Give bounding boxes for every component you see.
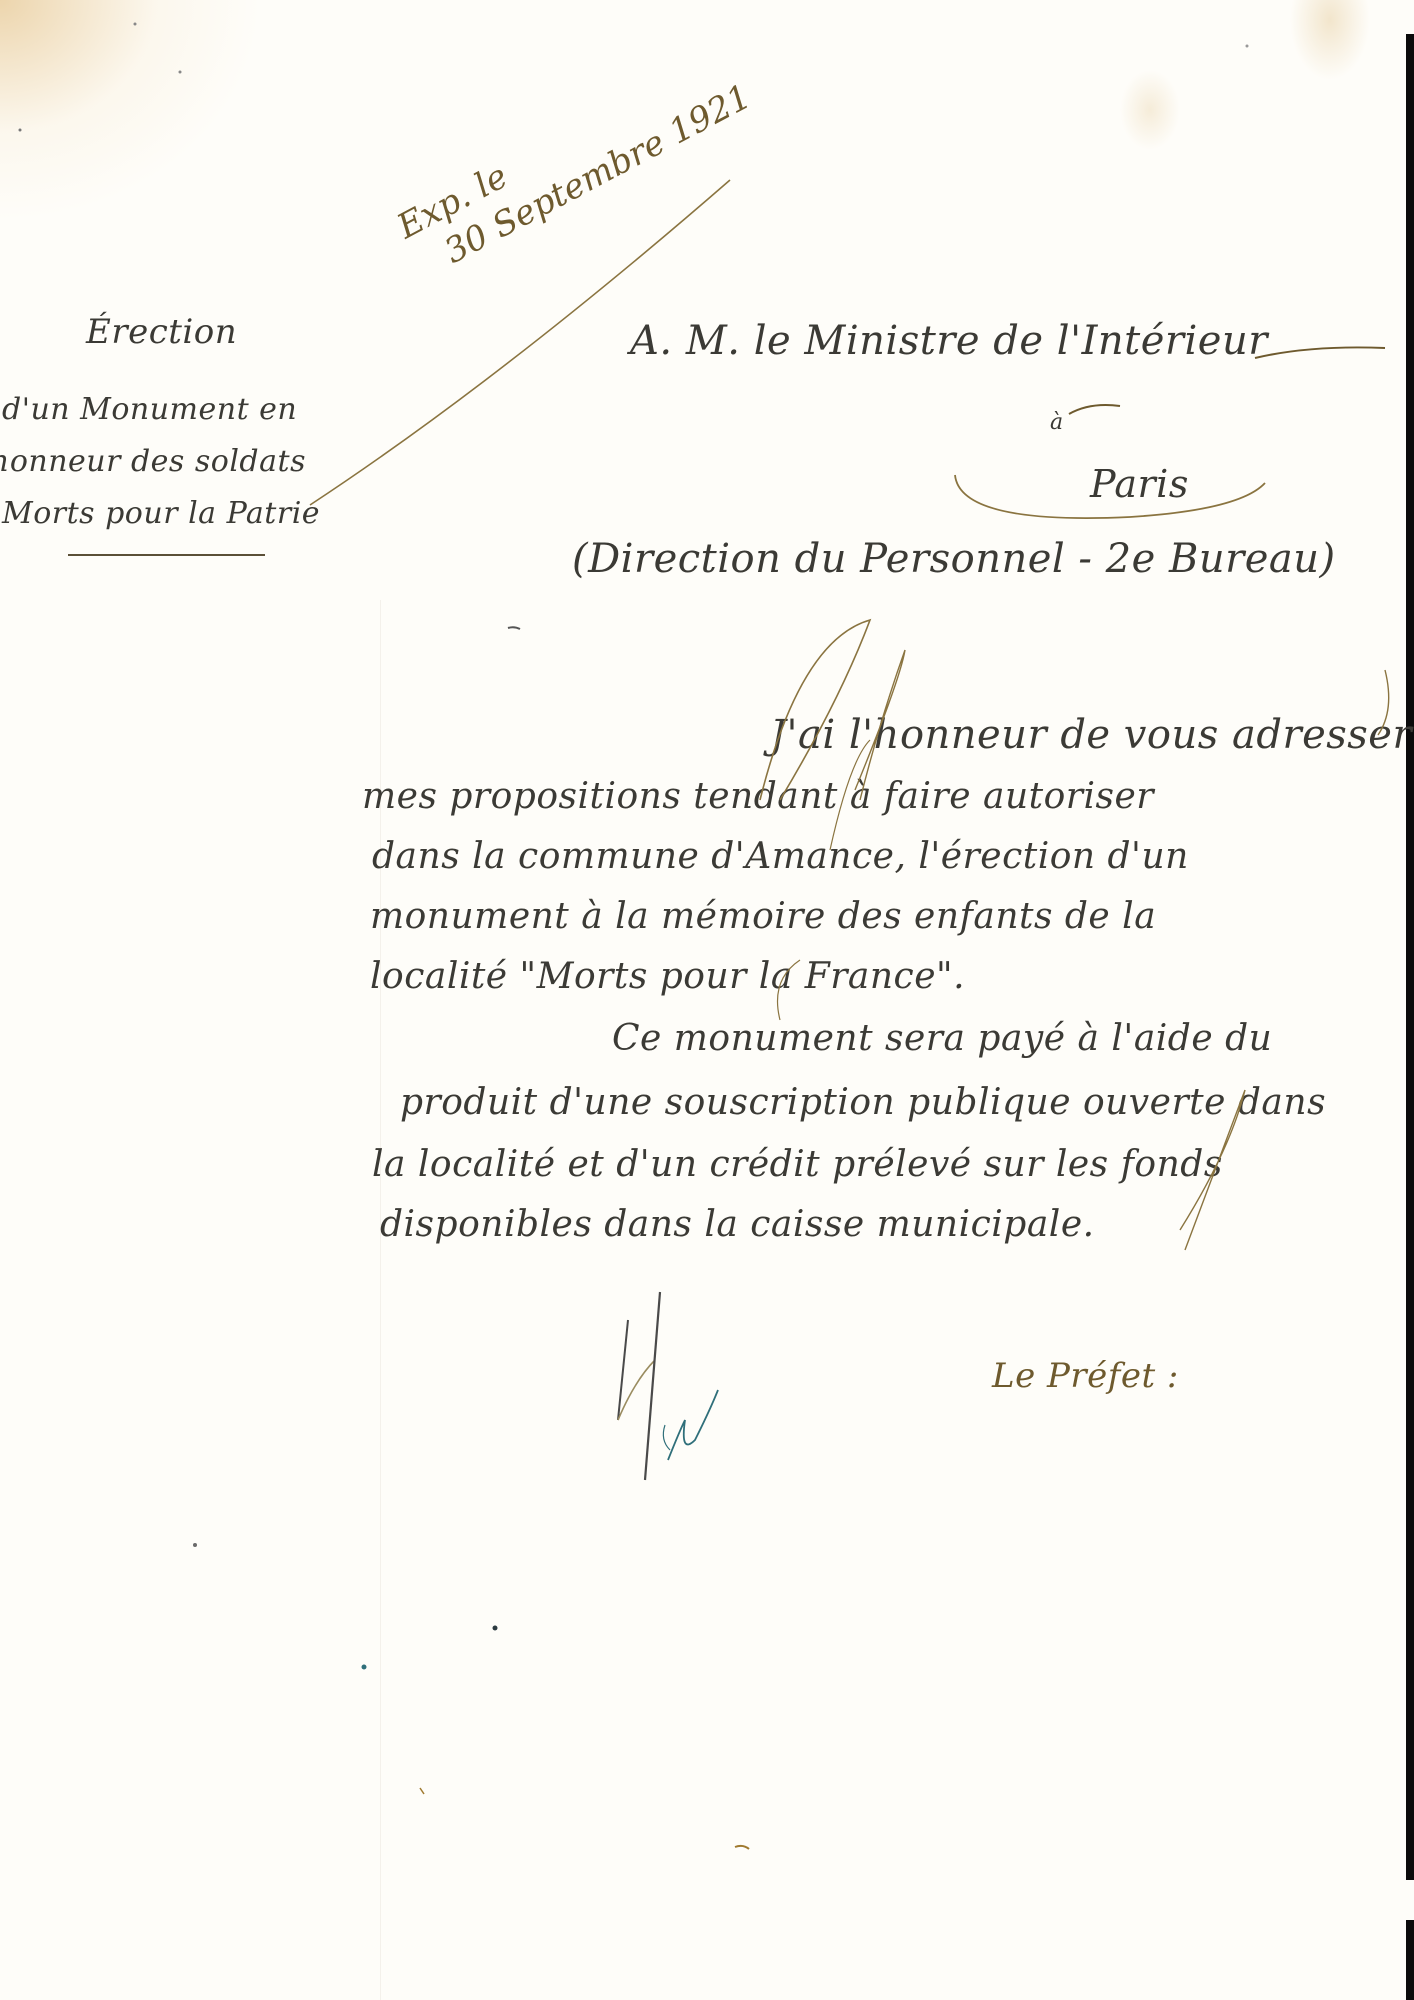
paper-specks (0, 0, 1414, 2000)
letter-page: Érection d'un Monument en honneur des so… (0, 0, 1414, 2000)
